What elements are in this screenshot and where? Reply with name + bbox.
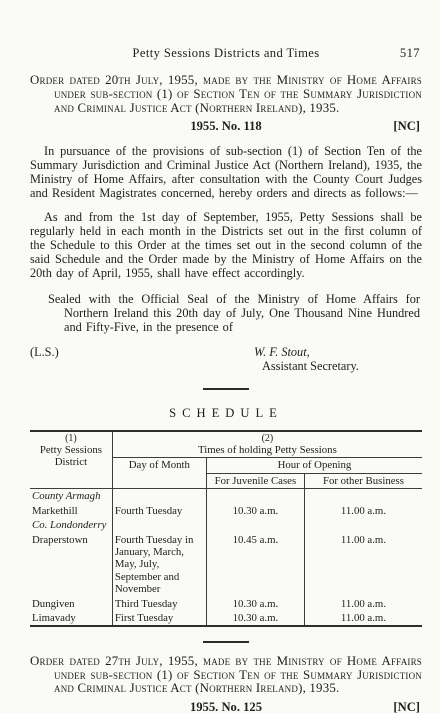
order1-number: 1955. No. 118 (190, 119, 261, 133)
header-cell-juvenile: For Juvenile Cases (206, 473, 304, 488)
col1-label: Petty Sessions District (32, 444, 110, 469)
header-cell-district: (1) Petty Sessions District (30, 431, 112, 489)
county-group-row: County Armagh (30, 489, 422, 504)
section-divider (203, 641, 249, 643)
table-row: Draperstown Fourth Tuesday in January, M… (30, 533, 422, 597)
order2-nc-tag: [NC] (393, 700, 420, 713)
signature-title: Assistant Secretary. (254, 359, 422, 374)
seal-mark: (L.S.) (30, 345, 59, 375)
juvenile-time-cell: 10.30 a.m. (206, 611, 304, 626)
day-cell: Fourth Tuesday in January, March, May, J… (112, 533, 206, 597)
empty-cell (304, 489, 422, 504)
header-cell-other-business: For other Business (304, 473, 422, 488)
order1-heading: Order dated 20th July, 1955, made by the… (30, 74, 422, 115)
empty-cell (304, 518, 422, 532)
district-cell: Draperstown (30, 533, 112, 597)
schedule-title: SCHEDULE (30, 406, 422, 421)
order2-number: 1955. No. 125 (190, 700, 262, 713)
county-group-row: Co. Londonderry (30, 518, 422, 532)
day-cell: First Tuesday (112, 611, 206, 626)
other-time-cell: 11.00 a.m. (304, 611, 422, 626)
order2-heading: Order dated 27th July, 1955, made by the… (30, 655, 422, 696)
day-cell: Fourth Tuesday (112, 504, 206, 518)
signature-name: W. F. Stout, (254, 345, 422, 360)
district-cell: Markethill (30, 504, 112, 518)
header-cell-hour-of-opening: Hour of Opening (206, 458, 422, 473)
empty-cell (112, 518, 206, 532)
schedule-table: (1) Petty Sessions District (2) Times of… (30, 430, 422, 628)
col2-number: (2) (115, 433, 420, 445)
empty-cell (206, 518, 304, 532)
county-label: Co. Londonderry (30, 518, 112, 532)
other-time-cell: 11.00 a.m. (304, 504, 422, 518)
header-cell-times: (2) Times of holding Petty Sessions (112, 431, 422, 458)
district-cell: Limavady (30, 611, 112, 626)
empty-cell (112, 489, 206, 504)
running-header-title: Petty Sessions Districts and Times (132, 46, 319, 60)
signature-block: W. F. Stout, Assistant Secretary. (254, 345, 422, 375)
scanned-document-page: Petty Sessions Districts and Times 517 O… (0, 0, 440, 713)
section-divider (203, 388, 249, 390)
other-time-cell: 11.00 a.m. (304, 533, 422, 597)
header-cell-day-of-month: Day of Month (112, 458, 206, 489)
col2-label: Times of holding Petty Sessions (115, 444, 420, 456)
order1-paragraph-pursuance: In pursuance of the provisions of sub-se… (30, 145, 422, 200)
empty-cell (206, 489, 304, 504)
county-label: County Armagh (30, 489, 112, 504)
signature-row: (L.S.) W. F. Stout, Assistant Secretary. (30, 345, 422, 375)
day-cell: Third Tuesday (112, 597, 206, 611)
table-row: Markethill Fourth Tuesday 10.30 a.m. 11.… (30, 504, 422, 518)
order1-number-line: 1955. No. 118 [NC] (30, 119, 422, 134)
district-cell: Dungiven (30, 597, 112, 611)
table-row: Dungiven Third Tuesday 10.30 a.m. 11.00 … (30, 597, 422, 611)
order1-nc-tag: [NC] (393, 119, 420, 134)
order1-paragraph-effective: As and from the 1st day of September, 19… (30, 211, 422, 280)
juvenile-time-cell: 10.30 a.m. (206, 597, 304, 611)
order2-number-line: 1955. No. 125 [NC] (30, 700, 422, 713)
other-time-cell: 11.00 a.m. (304, 597, 422, 611)
schedule-header-row-1: (1) Petty Sessions District (2) Times of… (30, 431, 422, 458)
juvenile-time-cell: 10.30 a.m. (206, 504, 304, 518)
col1-number: (1) (32, 433, 110, 445)
page-number: 517 (400, 46, 420, 61)
juvenile-time-cell: 10.45 a.m. (206, 533, 304, 597)
running-header: Petty Sessions Districts and Times 517 (30, 46, 422, 61)
order1-sealed-paragraph: Sealed with the Official Seal of the Min… (30, 293, 422, 334)
table-row: Limavady First Tuesday 10.30 a.m. 11.00 … (30, 611, 422, 626)
